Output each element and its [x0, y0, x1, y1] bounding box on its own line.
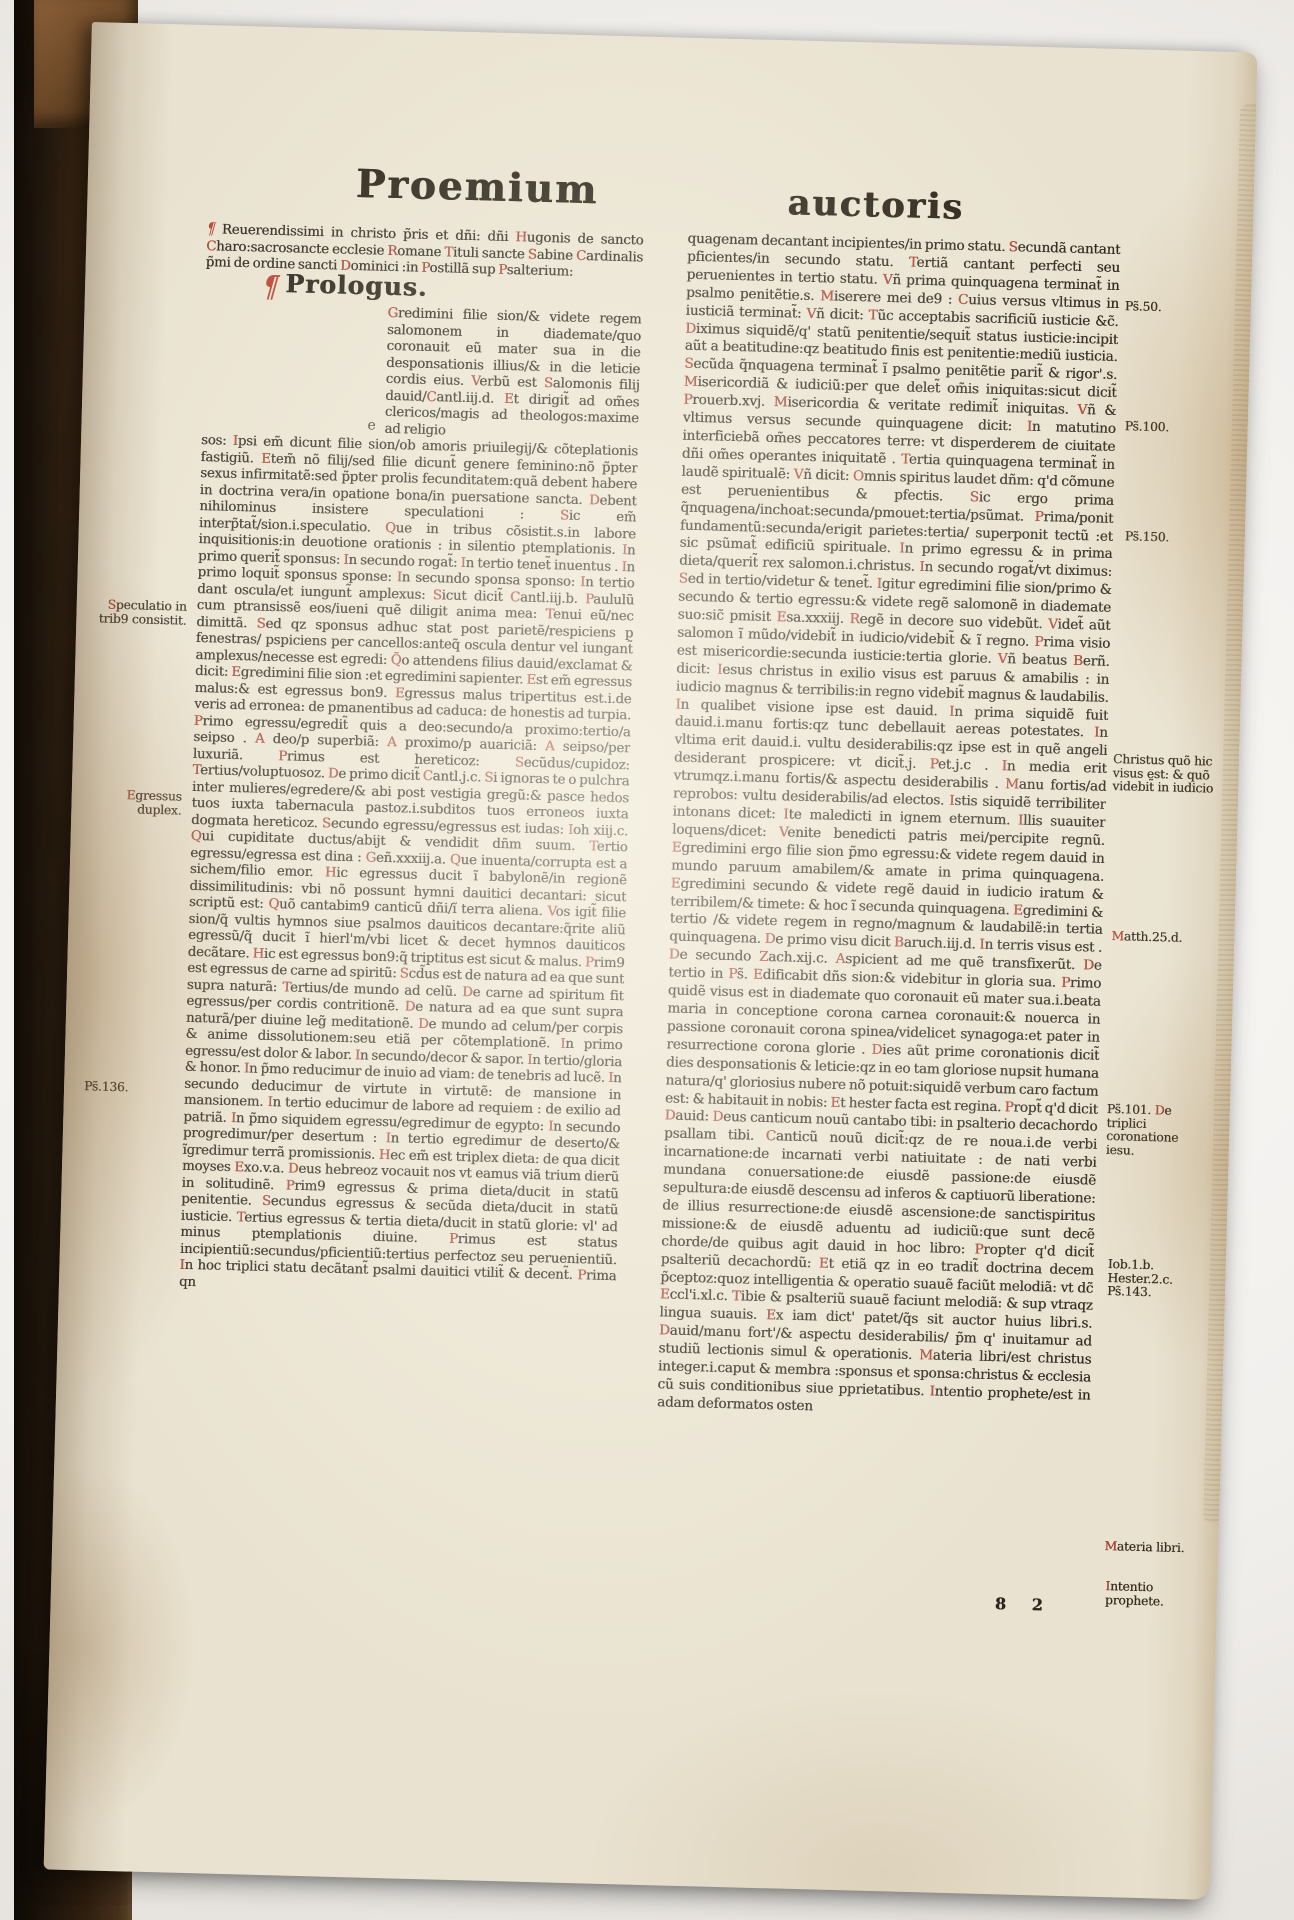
- margin-note-christus: Christus quõ hic visus est: & quõ videbi…: [1112, 753, 1225, 797]
- margin-note-iob: Iob.1.b. Hester.2.c. Ps̃.143.: [1107, 1258, 1188, 1301]
- margin-note-ps50: Ps̃.50.: [1125, 300, 1215, 316]
- right-column: quagenam decantant incipientes/in primo …: [652, 231, 1121, 1626]
- margin-note-ps100: Ps̃.100.: [1125, 420, 1215, 436]
- margin-note-ps150: Ps̃.150.: [1125, 530, 1215, 546]
- opening-paragraph: Gredimini filie sion/& videte regem salo…: [384, 306, 641, 445]
- margin-note-matth: Matth.25.d.: [1111, 930, 1211, 946]
- right-column-body: quagenam decantant incipientes/in primo …: [657, 231, 1121, 1424]
- initial-guide-letter: e: [367, 417, 376, 433]
- paragraph-mark-icon: ¶: [260, 276, 281, 297]
- header-proemium: Proemium: [355, 161, 599, 213]
- left-column-body: sos: Ipsi em̃ dicunt filie sion/ob amori…: [179, 433, 638, 1302]
- quire-signature: 8 2: [995, 1594, 1053, 1615]
- prologus-label: Prologus.: [285, 269, 428, 302]
- fore-edge: [1203, 104, 1256, 1524]
- margin-note-ps136: Ps̃.136.: [84, 1080, 174, 1096]
- book-page: Proemium auctoris ¶Reuerendissimi in chr…: [44, 22, 1258, 1900]
- margin-note-speculatio: Speculatio in trib9 consistit.: [80, 598, 187, 628]
- margin-note-intentio: Intentio prophete.: [1105, 1580, 1190, 1609]
- left-column: ¶Reuerendissimi in christo p̃ris et dñi:…: [171, 222, 644, 1609]
- margin-note-egressus: Egressus duplex.: [97, 788, 182, 817]
- header-auctoris: auctoris: [787, 182, 964, 228]
- photo-backdrop: { "headers": { "left": "Proemium", "righ…: [0, 0, 1294, 1920]
- margin-note-materia: Materia libri.: [1104, 1540, 1214, 1556]
- margin-note-ps101: Ps̃.101. De triplici coronatione iesu.: [1106, 1103, 1211, 1160]
